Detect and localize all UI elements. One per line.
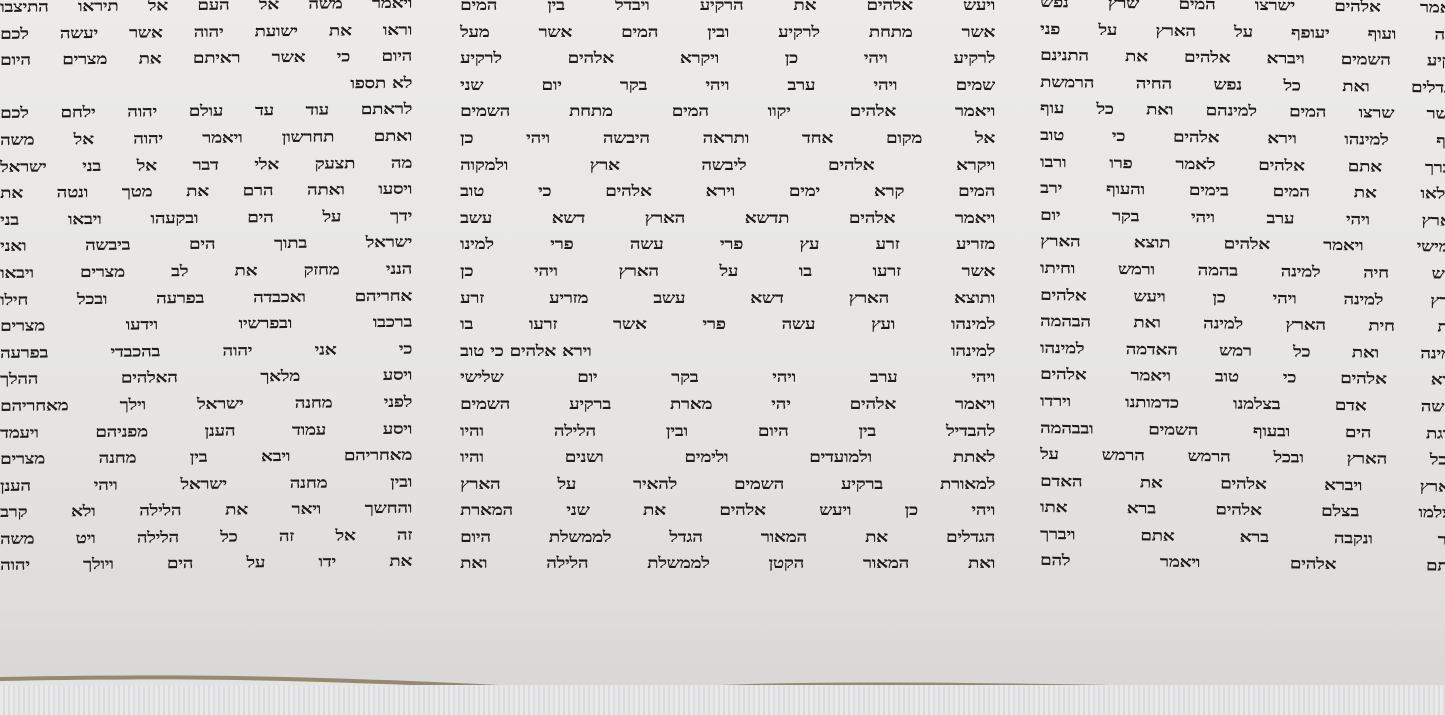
text-line: המים קרא ימים וירא אלהים כי טוב bbox=[460, 181, 995, 202]
text-line: ואת המאור הקטן לממשלת הלילה ואת bbox=[460, 553, 995, 574]
text-line: ואתם תחרשון ויאמר יהוה אל משה bbox=[0, 125, 412, 151]
text-line: נעשה אדם בצלמנו כדמותנו וירדו bbox=[1040, 391, 1445, 418]
open-line-left: וירא אלהים כי טוב bbox=[460, 340, 591, 361]
text-line: אל מקום אחד ותראה היבשה ויהי כן bbox=[460, 128, 995, 149]
text-line: ויהי ערב ויהי בקר יום שלישי bbox=[460, 367, 995, 388]
text-line: את חית הארץ למינה ואת הבהמה bbox=[1040, 311, 1445, 338]
text-line: אשר זרעו בו על הארץ ויהי כן bbox=[460, 261, 995, 282]
text-line: היום כי אשר ראיתם את מצרים היום bbox=[0, 46, 412, 72]
text-line: הנני מחזק את לב מצרים ויבאו bbox=[0, 258, 412, 284]
text-line: ובין מחנה ישראל ויהי הענן bbox=[0, 471, 412, 497]
text-line: ארץ למינה ויהי כן ויעש אלהים bbox=[1040, 284, 1445, 311]
text-line: ויברך אתם אלהים לאמר פרו ורבו bbox=[1040, 151, 1445, 178]
text-column-middle: ויעש אלהים את הרקיע ויבדל בין המיםאשר מת… bbox=[460, 0, 995, 577]
text-line: ישראל בתוך הים ביבשה ואני bbox=[0, 232, 412, 258]
text-line: רקיע השמים ויברא אלהים את התנינם bbox=[1040, 45, 1445, 72]
text-line: ומלאו את המים בימים והעוף ירב bbox=[1040, 178, 1445, 205]
text-line: אשר מתחת לרקיע ובין המים אשר מעל bbox=[460, 21, 995, 42]
text-line: ידך על הים ובקעהו ויבאו בני bbox=[0, 205, 412, 231]
text-line: מאחריהם ויבא בין מחנה מצרים bbox=[0, 445, 412, 471]
text-line: נפש חיה למינה בהמה ורמש וחיתו bbox=[1040, 258, 1445, 285]
text-line: בארץ ויהי ערב ויהי בקר יום bbox=[1040, 204, 1445, 231]
cloth-background bbox=[0, 685, 1445, 715]
text-line: מזריע זרע עץ פרי עשה פרי למינו bbox=[460, 234, 995, 255]
text-line: חמישי ויאמר אלהים תוצא הארץ bbox=[1040, 231, 1445, 258]
text-line: הגדלים את המאור הגדל לממשלת היום bbox=[460, 527, 995, 548]
text-line: את ידו על הים ויולך יהוה bbox=[0, 551, 412, 577]
text-line: ויאמר אלהים יקוו המים מתחת השמים bbox=[460, 101, 995, 122]
text-line: הגדלים ואת כל נפש החיה הרמשת bbox=[1040, 72, 1445, 99]
text-line: ובכל הארץ ובכל הרמש הרמש על bbox=[1040, 444, 1445, 471]
text-line: הארץ ויברא אלהים את האדם bbox=[1040, 470, 1445, 497]
text-line: בדגת הים ובעוף השמים ובבהמה bbox=[1040, 417, 1445, 444]
text-line: ויעש אלהים את הרקיע ויבדל בין המים bbox=[460, 0, 995, 16]
text-column-right: ויאמר אלהים ישרצו המים שרץ נפשחיה ועוף י… bbox=[1040, 0, 1445, 580]
text-line: לפני מחנה ישראל וילך מאחריהם bbox=[0, 391, 412, 417]
text-line: להבדיל בין היום ובין הלילה והיו bbox=[460, 420, 995, 441]
text-line: למינה ואת כל רמש האדמה למינהו bbox=[1040, 337, 1445, 364]
text-line: לא תספו bbox=[0, 72, 412, 98]
text-line: למינהו ועץ עשה פרי אשר זרעו בו bbox=[460, 314, 995, 335]
text-line: בצלמו בצלם אלהים ברא אתו bbox=[1040, 497, 1445, 524]
text-line: לרקיע ויהי כן ויקרא אלהים לרקיע bbox=[460, 48, 995, 69]
text-line: ברכבו ובפרשיו וידעו מצרים bbox=[0, 312, 412, 338]
text-line: זה אל זה כל הלילה ויט משה bbox=[0, 524, 412, 550]
text-line: וירא אלהים כי טוב ויאמר אלהים bbox=[1040, 364, 1445, 391]
text-line: ויאמר אלהים יהי מארת ברקיע השמים bbox=[460, 394, 995, 415]
text-line: כי אני יהוה בהכבדי בפרעה bbox=[0, 338, 412, 364]
text-line: ויסעו ואתה הרם את מטך ונטה את bbox=[0, 179, 412, 205]
text-line: ויאמר אלהים ישרצו המים שרץ נפש bbox=[1040, 0, 1445, 19]
text-line: ויקרא אלהים ליבשה ארץ ולמקוה bbox=[460, 154, 995, 175]
text-line: כנף למינהו וירא אלהים כי טוב bbox=[1040, 125, 1445, 152]
text-line: חיה ועוף יעופף על הארץ על פני bbox=[1040, 18, 1445, 45]
text-line: והחשך ויאר את הלילה ולא קרב bbox=[0, 498, 412, 524]
text-line: שמים ויהי ערב ויהי בקר יום שני bbox=[460, 74, 995, 95]
text-line: ותוצא הארץ דשא עשב מזריע זרע bbox=[460, 287, 995, 308]
text-line: לראתם עוד עד עולם יהוה ילחם לכם bbox=[0, 99, 412, 125]
text-line: אשר שרצו המים למינהם ואת כל עוף bbox=[1040, 98, 1445, 125]
text-line: ויאמר משה אל העם אל תיראו התיצבו bbox=[0, 0, 412, 18]
text-line: זכר ונקבה ברא אתם ויברך bbox=[1040, 524, 1445, 551]
text-line: למאורת ברקיע השמים להאיר על הארץ bbox=[460, 473, 995, 494]
open-line-right: למינהו bbox=[951, 340, 995, 361]
text-line: ויסע עמוד הענן מפניהם ויעמד bbox=[0, 418, 412, 444]
text-line: ויהי כן ויעש אלהים את שני המארת bbox=[460, 500, 995, 521]
text-line: מה תצעק אלי דבר אל בני ישראל bbox=[0, 152, 412, 178]
text-line: ויאמר אלהים תדשא הארץ דשא עשב bbox=[460, 207, 995, 228]
text-line: וראו את ישועת יהוה אשר יעשה לכם bbox=[0, 19, 412, 45]
text-line: אחריהם ואכבדה בפרעה ובכל חילו bbox=[0, 285, 412, 311]
text-line: ויסע מלאך האלהים ההלך bbox=[0, 365, 412, 391]
text-column-left: ויאמר משה אל העם אל תיראו התיצבווראו את … bbox=[0, 0, 412, 579]
text-line: לאתת ולמועדים ולימים ושנים והיו bbox=[460, 447, 995, 468]
text-line: למינהווירא אלהים כי טוב bbox=[460, 340, 995, 361]
text-line: אתם אלהים ויאמר להם bbox=[1040, 550, 1445, 577]
